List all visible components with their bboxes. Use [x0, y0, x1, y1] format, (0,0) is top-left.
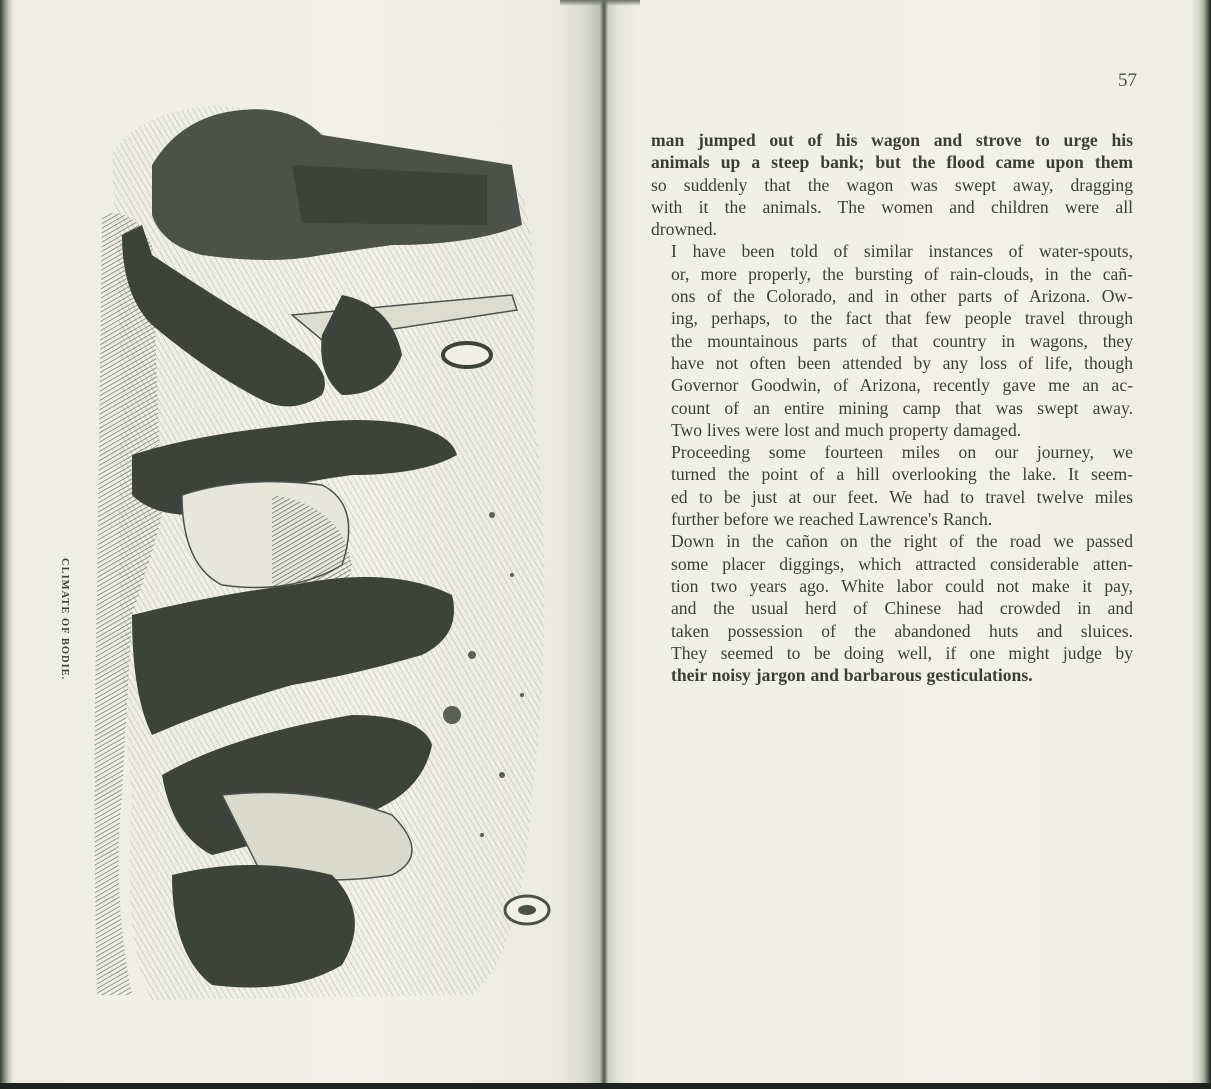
text-line: ons of the Colorado, and in other parts … — [651, 285, 1133, 307]
text-line: ed to be just at our feet. We had to tra… — [651, 486, 1133, 508]
book-spread: CLIMATE OF BODIE. 57 man jumped out of h… — [0, 0, 1211, 1083]
spine-shadow — [560, 0, 640, 6]
paragraph-2: I have been told of similar instances of… — [651, 240, 1133, 441]
text-line: Down in the cañon on the right of the ro… — [651, 530, 1133, 552]
text-line: Two lives were lost and much property da… — [651, 419, 1133, 441]
text-line: animals up a steep bank; but the flood c… — [651, 151, 1133, 173]
text-line: drowned. — [651, 218, 1133, 240]
left-page-edge — [0, 0, 14, 1083]
page-body-text: man jumped out of his wagon and strove t… — [651, 129, 1133, 686]
text-line: so suddenly that the wagon was swept awa… — [651, 174, 1133, 196]
text-line: have not often been attended by any loss… — [651, 352, 1133, 374]
text-line: They seemed to be doing well, if one mig… — [651, 642, 1133, 664]
right-page-edge — [1191, 0, 1211, 1083]
text-line: some placer diggings, which attracted co… — [651, 553, 1133, 575]
paragraph-1: man jumped out of his wagon and strove t… — [651, 129, 1133, 240]
text-line: taken possession of the abandoned huts a… — [651, 620, 1133, 642]
engraving-illustration — [92, 95, 562, 1007]
text-line: their noisy jargon and barbarous gesticu… — [651, 664, 1133, 686]
text-line: Governor Goodwin, of Arizona, recently g… — [651, 374, 1133, 396]
paragraph-3: Proceeding some fourteen miles on our jo… — [651, 441, 1133, 530]
text-line: turned the point of a hill overlooking t… — [651, 463, 1133, 485]
text-line: tion two years ago. White labor could no… — [651, 575, 1133, 597]
text-line: ing, perhaps, to the fact that few peopl… — [651, 307, 1133, 329]
text-line: Proceeding some fourteen miles on our jo… — [651, 441, 1133, 463]
text-line: or, more properly, the bursting of rain-… — [651, 263, 1133, 285]
text-line: with it the animals. The women and child… — [651, 196, 1133, 218]
flood-scene-engraving-icon — [92, 95, 562, 1007]
book-gutter — [600, 0, 608, 1083]
page-number: 57 — [1118, 70, 1137, 92]
text-line: man jumped out of his wagon and strove t… — [651, 129, 1133, 151]
text-line: count of an entire mining camp that was … — [651, 397, 1133, 419]
text-line: the mountainous parts of that country in… — [651, 330, 1133, 352]
scan-bottom-border — [0, 1083, 1211, 1089]
paragraph-4: Down in the cañon on the right of the ro… — [651, 530, 1133, 686]
text-line: I have been told of similar instances of… — [651, 240, 1133, 262]
text-line: further before we reached Lawrence's Ran… — [651, 508, 1133, 530]
illustration-caption: CLIMATE OF BODIE. — [56, 558, 70, 688]
text-line: and the usual herd of Chinese had crowde… — [651, 597, 1133, 619]
